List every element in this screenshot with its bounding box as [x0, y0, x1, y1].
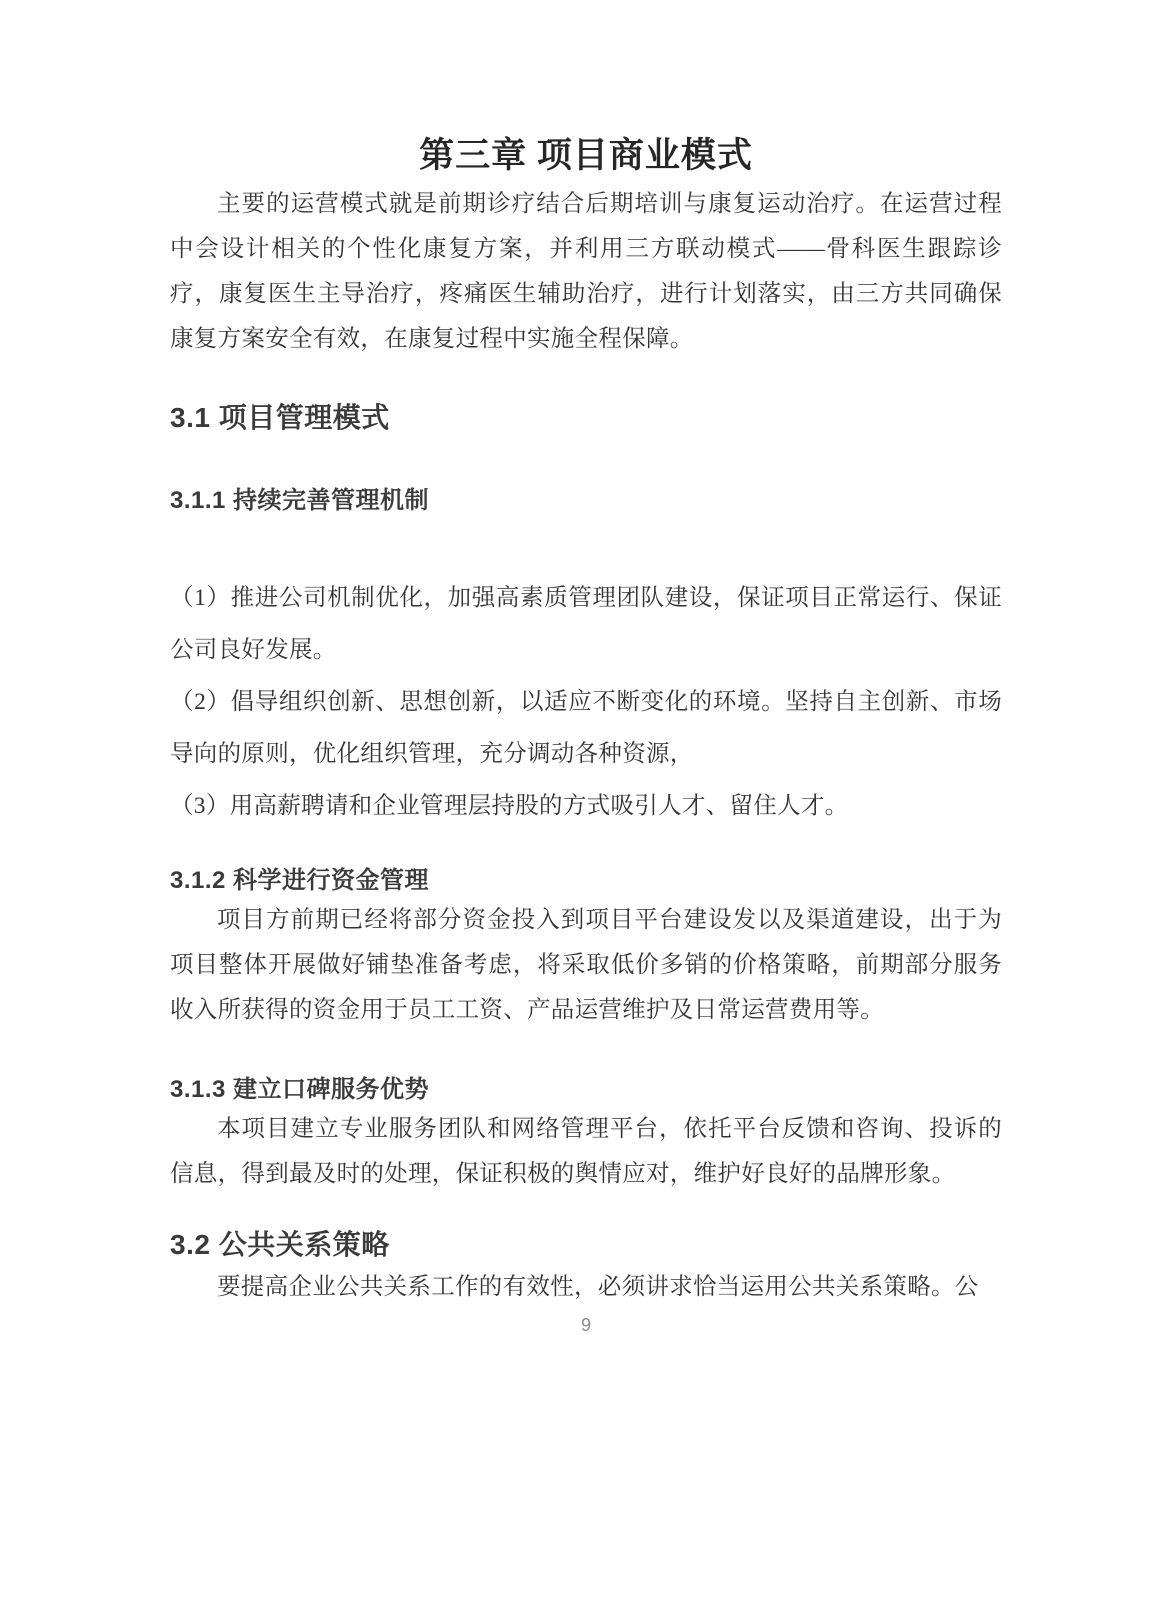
heading-3-2: 3.2 公共关系策略 — [170, 1225, 1002, 1265]
heading-3-1-2: 3.1.2 科学进行资金管理 — [170, 864, 1002, 898]
intro-paragraph: 主要的运营模式就是前期诊疗结合后期培训与康复运动治疗。在运营过程中会设计相关的个… — [170, 182, 1002, 362]
document-page: 第三章 项目商业模式 主要的运营模式就是前期诊疗结合后期培训与康复运动治疗。在运… — [0, 0, 1170, 1598]
page-number: 9 — [170, 1312, 1002, 1338]
heading-3-1-1: 3.1.1 持续完善管理机制 — [170, 484, 1002, 518]
paragraph-3-1-3: 本项目建立专业服务团队和网络管理平台，依托平台反馈和咨询、投诉的信息，得到最及时… — [170, 1107, 1002, 1197]
heading-3-1-3: 3.1.3 建立口碑服务优势 — [170, 1073, 1002, 1107]
list-item-2: （2）倡导组织创新、思想创新，以适应不断变化的环境。坚持自主创新、市场导向的原则… — [170, 676, 1002, 780]
paragraph-3-1-2: 项目方前期已经将部分资金投入到项目平台建设发以及渠道建设，出于为项目整体开展做好… — [170, 898, 1002, 1033]
list-item-3: （3）用高薪聘请和企业管理层持股的方式吸引人才、留住人才。 — [170, 780, 1002, 832]
heading-3-1: 3.1 项目管理模式 — [170, 398, 1002, 438]
chapter-title: 第三章 项目商业模式 — [170, 130, 1002, 182]
paragraph-3-2: 要提高企业公共关系工作的有效性，必须讲求恰当运用公共关系策略。公 — [170, 1265, 1002, 1310]
list-item-1: （1）推进公司机制优化，加强高素质管理团队建设，保证项目正常运行、保证公司良好发… — [170, 572, 1002, 676]
numbered-list: （1）推进公司机制优化，加强高素质管理团队建设，保证项目正常运行、保证公司良好发… — [170, 572, 1002, 832]
